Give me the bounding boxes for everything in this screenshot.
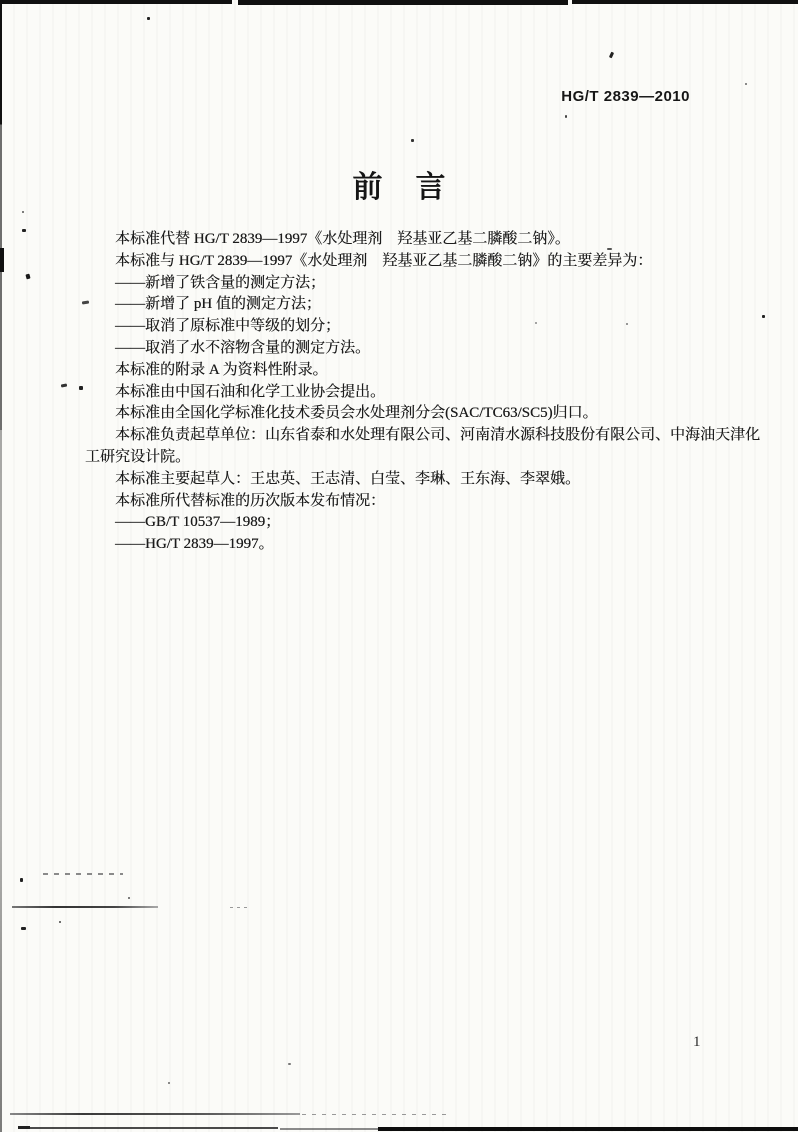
scan-edge-top <box>0 0 232 4</box>
scan-speck <box>128 897 130 899</box>
scan-edge-bottom <box>18 1127 278 1129</box>
foreword-line: ——取消了水不溶物含量的测定方法。 <box>85 338 745 360</box>
scan-speck <box>22 211 24 213</box>
standard-code: HG/T 2839—2010 <box>561 88 690 105</box>
scan-streak <box>230 907 250 908</box>
foreword-line: 本标准所代替标准的历次版本发布情况： <box>85 491 745 513</box>
scan-edge-bottom <box>378 1127 798 1131</box>
scan-speck <box>59 921 61 923</box>
scan-speck <box>25 274 30 280</box>
foreword-body: 本标准代替 HG/T 2839—1997《水处理剂 羟基亚乙基二膦酸二钠》。 本… <box>85 229 745 556</box>
foreword-line: 工研究设计院。 <box>85 447 745 469</box>
foreword-line: 本标准由全国化学标准化技术委员会水处理剂分会(SAC/TC63/SC5)归口。 <box>85 403 745 425</box>
foreword-line: ——GB/T 10537—1989； <box>85 512 745 534</box>
scan-speck <box>79 386 83 390</box>
foreword-line: 本标准与 HG/T 2839—1997《水处理剂 羟基亚乙基二膦酸二钠》的主要差… <box>85 251 745 273</box>
scan-speck <box>745 83 747 85</box>
scan-speck <box>147 17 150 20</box>
scan-speck <box>288 1063 291 1065</box>
foreword-line: ——取消了原标准中等级的划分； <box>85 316 745 338</box>
foreword-line: 本标准由中国石油和化学工业协会提出。 <box>85 382 745 404</box>
foreword-line: ——新增了铁含量的测定方法； <box>85 273 745 295</box>
scan-speck <box>168 1082 170 1084</box>
foreword-line: ——新增了 pH 值的测定方法； <box>85 294 745 316</box>
foreword-line: 本标准主要起草人：王忠英、王志清、白莹、李琳、王东海、李翠娥。 <box>85 469 745 491</box>
scan-edge-top <box>238 0 568 5</box>
scan-edge-bottom <box>18 1126 30 1129</box>
scan-speck <box>411 139 414 142</box>
page-title-text: 前言 <box>353 162 479 206</box>
foreword-line: 本标准代替 HG/T 2839—1997《水处理剂 羟基亚乙基二膦酸二钠》。 <box>85 229 745 251</box>
scan-speck <box>22 229 26 232</box>
foreword-line: 本标准的附录 A 为资料性附录。 <box>85 360 745 382</box>
scan-speck <box>762 315 765 318</box>
scan-edge-left-blob <box>0 248 4 272</box>
scan-streak <box>43 873 123 875</box>
page-number: 1 <box>693 1034 701 1051</box>
scan-speck <box>609 52 614 59</box>
document-page: HG/T 2839—2010 前言 本标准代替 HG/T 2839—1997《水… <box>0 0 798 1132</box>
scan-speck <box>20 878 23 882</box>
scan-streak <box>10 1113 300 1115</box>
scan-edge-bottom <box>280 1128 380 1130</box>
foreword-line: 本标准负责起草单位：山东省泰和水处理有限公司、河南清水源科技股份有限公司、中海油… <box>85 425 745 447</box>
foreword-line: ——HG/T 2839—1997。 <box>85 534 745 556</box>
scan-speck <box>21 927 26 930</box>
scan-streak <box>12 906 158 908</box>
page-title: 前言 <box>0 162 798 206</box>
scan-edge-top <box>572 0 798 4</box>
scan-speck <box>61 384 67 388</box>
scan-streak <box>302 1114 447 1115</box>
scan-speck <box>565 115 567 118</box>
